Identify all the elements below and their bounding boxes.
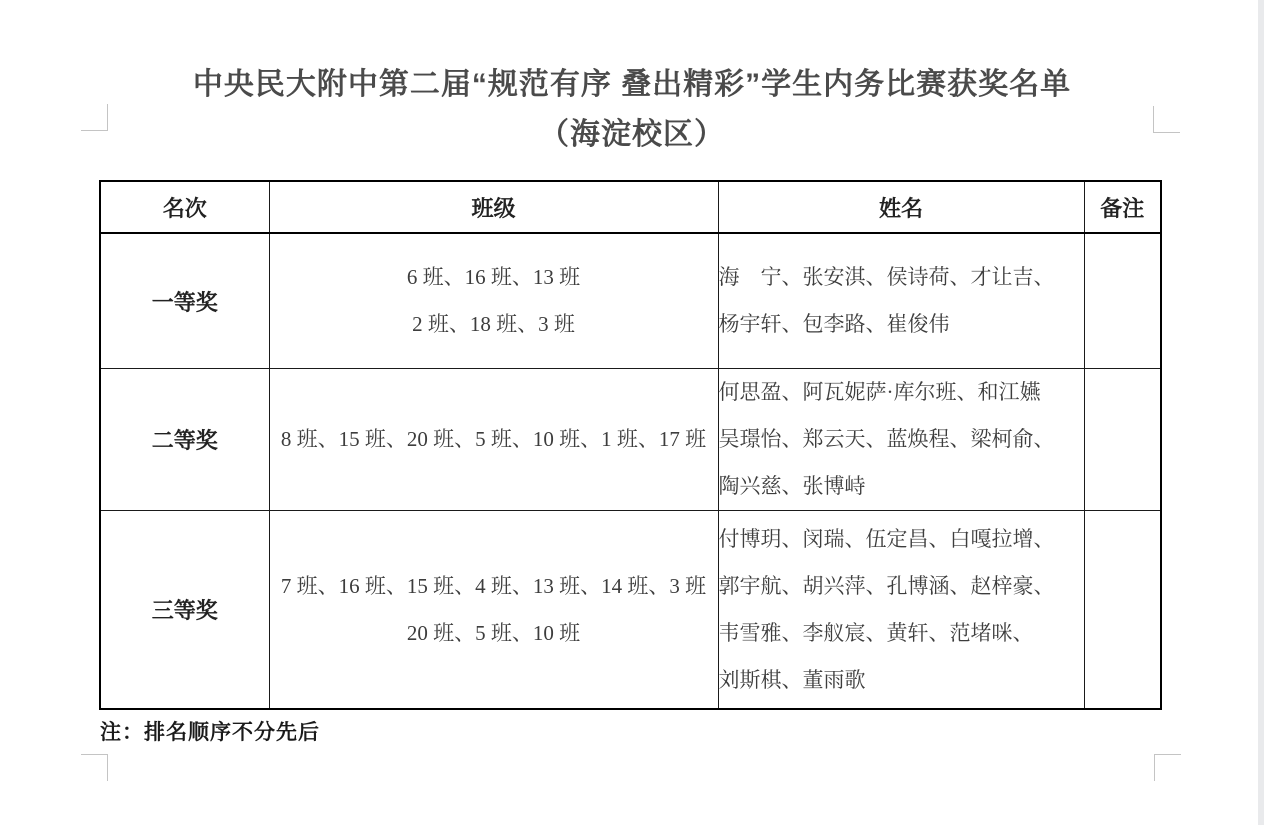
table-header-row: 名次 班级 姓名 备注	[100, 181, 1161, 233]
remark-cell	[1084, 233, 1161, 369]
class-line: 7 班、16 班、15 班、4 班、13 班、14 班、3 班	[270, 563, 718, 610]
margin-crop-mark-bottom-left	[81, 754, 108, 781]
rank-cell: 一等奖	[100, 233, 269, 369]
table-row-second-prize: 二等奖 8 班、15 班、20 班、5 班、10 班、1 班、17 班 何思盈、…	[100, 369, 1161, 511]
name-line: 郭宇航、胡兴萍、孔博涵、赵梓豪、	[719, 563, 1084, 610]
document-title: 中央民大附中第二届“规范有序 叠出精彩”学生内务比赛获奖名单 （海淀校区）	[0, 60, 1264, 160]
header-rank: 名次	[100, 181, 269, 233]
table-row-third-prize: 三等奖 7 班、16 班、15 班、4 班、13 班、14 班、3 班 20 班…	[100, 511, 1161, 710]
remark-cell	[1084, 511, 1161, 710]
document-title-line1: 中央民大附中第二届“规范有序 叠出精彩”学生内务比赛获奖名单	[0, 60, 1264, 110]
rank-cell: 三等奖	[100, 511, 269, 710]
document-page: 中央民大附中第二届“规范有序 叠出精彩”学生内务比赛获奖名单 （海淀校区） 名次…	[0, 0, 1264, 825]
header-name: 姓名	[718, 181, 1084, 233]
footnote: 注：排名顺序不分先后	[100, 716, 320, 746]
name-line: 韦雪雅、李舣宸、黄轩、范堵咪、	[719, 610, 1084, 657]
classes-cell: 8 班、15 班、20 班、5 班、10 班、1 班、17 班	[269, 369, 718, 511]
table-row-first-prize: 一等奖 6 班、16 班、13 班 2 班、18 班、3 班 海 宁、张安淇、侯…	[100, 233, 1161, 369]
margin-crop-mark-bottom-right	[1154, 754, 1181, 781]
class-line: 20 班、5 班、10 班	[270, 610, 718, 657]
name-line: 吴璟怡、郑云天、蓝焕程、梁柯俞、	[719, 416, 1084, 463]
rank-cell: 二等奖	[100, 369, 269, 511]
name-line: 刘斯棋、董雨歌	[719, 657, 1084, 704]
header-class: 班级	[269, 181, 718, 233]
names-cell: 付博玥、闵瑞、伍定昌、白嘎拉增、 郭宇航、胡兴萍、孔博涵、赵梓豪、 韦雪雅、李舣…	[718, 511, 1084, 710]
names-cell: 海 宁、张安淇、侯诗荷、才让吉、 杨宇轩、包李路、崔俊伟	[718, 233, 1084, 369]
document-title-line2: （海淀校区）	[0, 110, 1264, 160]
classes-cell: 7 班、16 班、15 班、4 班、13 班、14 班、3 班 20 班、5 班…	[269, 511, 718, 710]
name-line: 陶兴慈、张博峙	[719, 463, 1084, 510]
class-line: 8 班、15 班、20 班、5 班、10 班、1 班、17 班	[270, 416, 718, 463]
class-line: 6 班、16 班、13 班	[270, 254, 718, 301]
name-line: 何思盈、阿瓦妮萨·库尔班、和江嬿	[719, 369, 1084, 416]
award-table: 名次 班级 姓名 备注 一等奖 6 班、16 班、13 班 2 班、18 班、3…	[99, 180, 1162, 710]
classes-cell: 6 班、16 班、13 班 2 班、18 班、3 班	[269, 233, 718, 369]
name-line: 海 宁、张安淇、侯诗荷、才让吉、	[719, 254, 1084, 301]
name-line: 杨宇轩、包李路、崔俊伟	[719, 301, 1084, 348]
class-line: 2 班、18 班、3 班	[270, 301, 718, 348]
name-line: 付博玥、闵瑞、伍定昌、白嘎拉增、	[719, 516, 1084, 563]
remark-cell	[1084, 369, 1161, 511]
header-remark: 备注	[1084, 181, 1161, 233]
names-cell: 何思盈、阿瓦妮萨·库尔班、和江嬿 吴璟怡、郑云天、蓝焕程、梁柯俞、 陶兴慈、张博…	[718, 369, 1084, 511]
